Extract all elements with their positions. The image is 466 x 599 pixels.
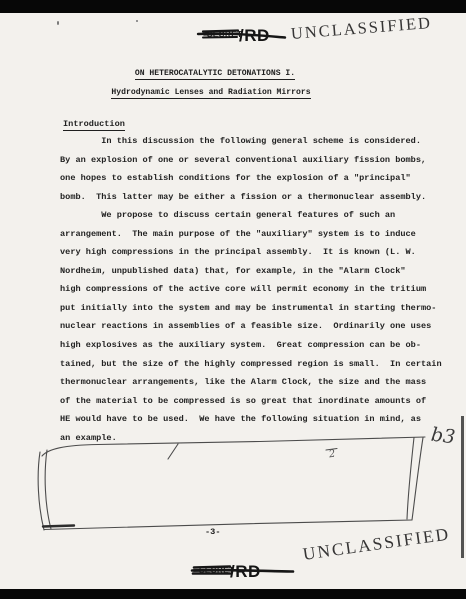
redaction-box-bottom-line bbox=[44, 520, 412, 530]
section-heading-label: Introduction bbox=[63, 119, 125, 131]
secret-rd-stamp-top: SECRET /RD bbox=[196, 18, 306, 48]
paragraph-2: We propose to discuss certain general fe… bbox=[60, 206, 462, 447]
redaction-box-top-line bbox=[42, 437, 425, 456]
typed-text-line: thermonuclear arrangements, like the Ala… bbox=[60, 373, 462, 392]
scan-edge-bottom bbox=[0, 589, 466, 599]
typed-text-line: nuclear reactions in assemblies of a fea… bbox=[60, 317, 462, 336]
typed-text-line: bomb. This latter may be either a fissio… bbox=[60, 188, 462, 207]
scan-speck bbox=[136, 20, 138, 22]
strikeout-line bbox=[194, 567, 230, 568]
document-subtitle: Hydrodynamic Lenses and Radiation Mirror… bbox=[111, 88, 310, 99]
strikeout-line-long bbox=[192, 570, 293, 571]
subtitle-row: Hydrodynamic Lenses and Radiation Mirror… bbox=[20, 88, 402, 97]
typed-text-line: We propose to discuss certain general fe… bbox=[60, 206, 462, 225]
typed-text-line: of the material to be compressed is so g… bbox=[60, 392, 462, 411]
document-title: ON HETEROCATALYTIC DETONATIONS I. bbox=[135, 69, 295, 80]
strikeout-line bbox=[203, 37, 237, 38]
redaction-box-left-line-inner bbox=[45, 450, 51, 529]
body-text: In this discussion the following general… bbox=[60, 132, 462, 447]
redaction-box bbox=[0, 420, 466, 545]
title-row: ON HETEROCATALYTIC DETONATIONS I. bbox=[20, 69, 410, 78]
pencil-slash-mark bbox=[168, 444, 178, 459]
section-heading: Introduction bbox=[63, 119, 125, 129]
strikeout-line bbox=[203, 31, 238, 32]
handwritten-small-mark: 2 bbox=[328, 449, 336, 461]
redaction-box-right-line-outer bbox=[407, 438, 414, 520]
unclassified-stamp-top: UNCLASSIFIED bbox=[290, 13, 432, 44]
typed-text-line: one hopes to establish conditions for th… bbox=[60, 169, 462, 188]
redaction-box-right-line-inner bbox=[412, 438, 423, 521]
handwritten-exemption-b3: b3 bbox=[430, 424, 457, 449]
page-edge-shadow bbox=[461, 416, 464, 558]
scanned-document-page: SECRET /RD UNCLASSIFIED ON HETEROCATALYT… bbox=[0, 0, 466, 599]
typed-text-line: arrangement. The main purpose of the "au… bbox=[60, 225, 462, 244]
typed-text-line: In this discussion the following general… bbox=[60, 132, 462, 151]
typed-text-line: put initially into the system and may be… bbox=[60, 299, 462, 318]
paragraph-1: In this discussion the following general… bbox=[60, 132, 462, 206]
scan-speck bbox=[57, 21, 59, 25]
page-number: -3- bbox=[205, 527, 220, 537]
typed-text-line: high compressions of the active core wil… bbox=[60, 280, 462, 299]
redaction-box-left-line-outer bbox=[38, 452, 44, 530]
redaction-box-bottom-dash bbox=[43, 526, 74, 527]
scan-edge-top bbox=[0, 0, 466, 13]
typed-text-line: tained, but the size of the highly compr… bbox=[60, 355, 462, 374]
secret-rd-stamp-bottom: SECRET /RD bbox=[190, 556, 300, 584]
typed-text-line: very high compressions in the principal … bbox=[60, 243, 462, 262]
typed-text-line: high explosives as the auxiliary system.… bbox=[60, 336, 462, 355]
typed-text-line: Nordheim, unpublished data) that, for ex… bbox=[60, 262, 462, 281]
typed-text-line: By an explosion of one or several conven… bbox=[60, 151, 462, 170]
